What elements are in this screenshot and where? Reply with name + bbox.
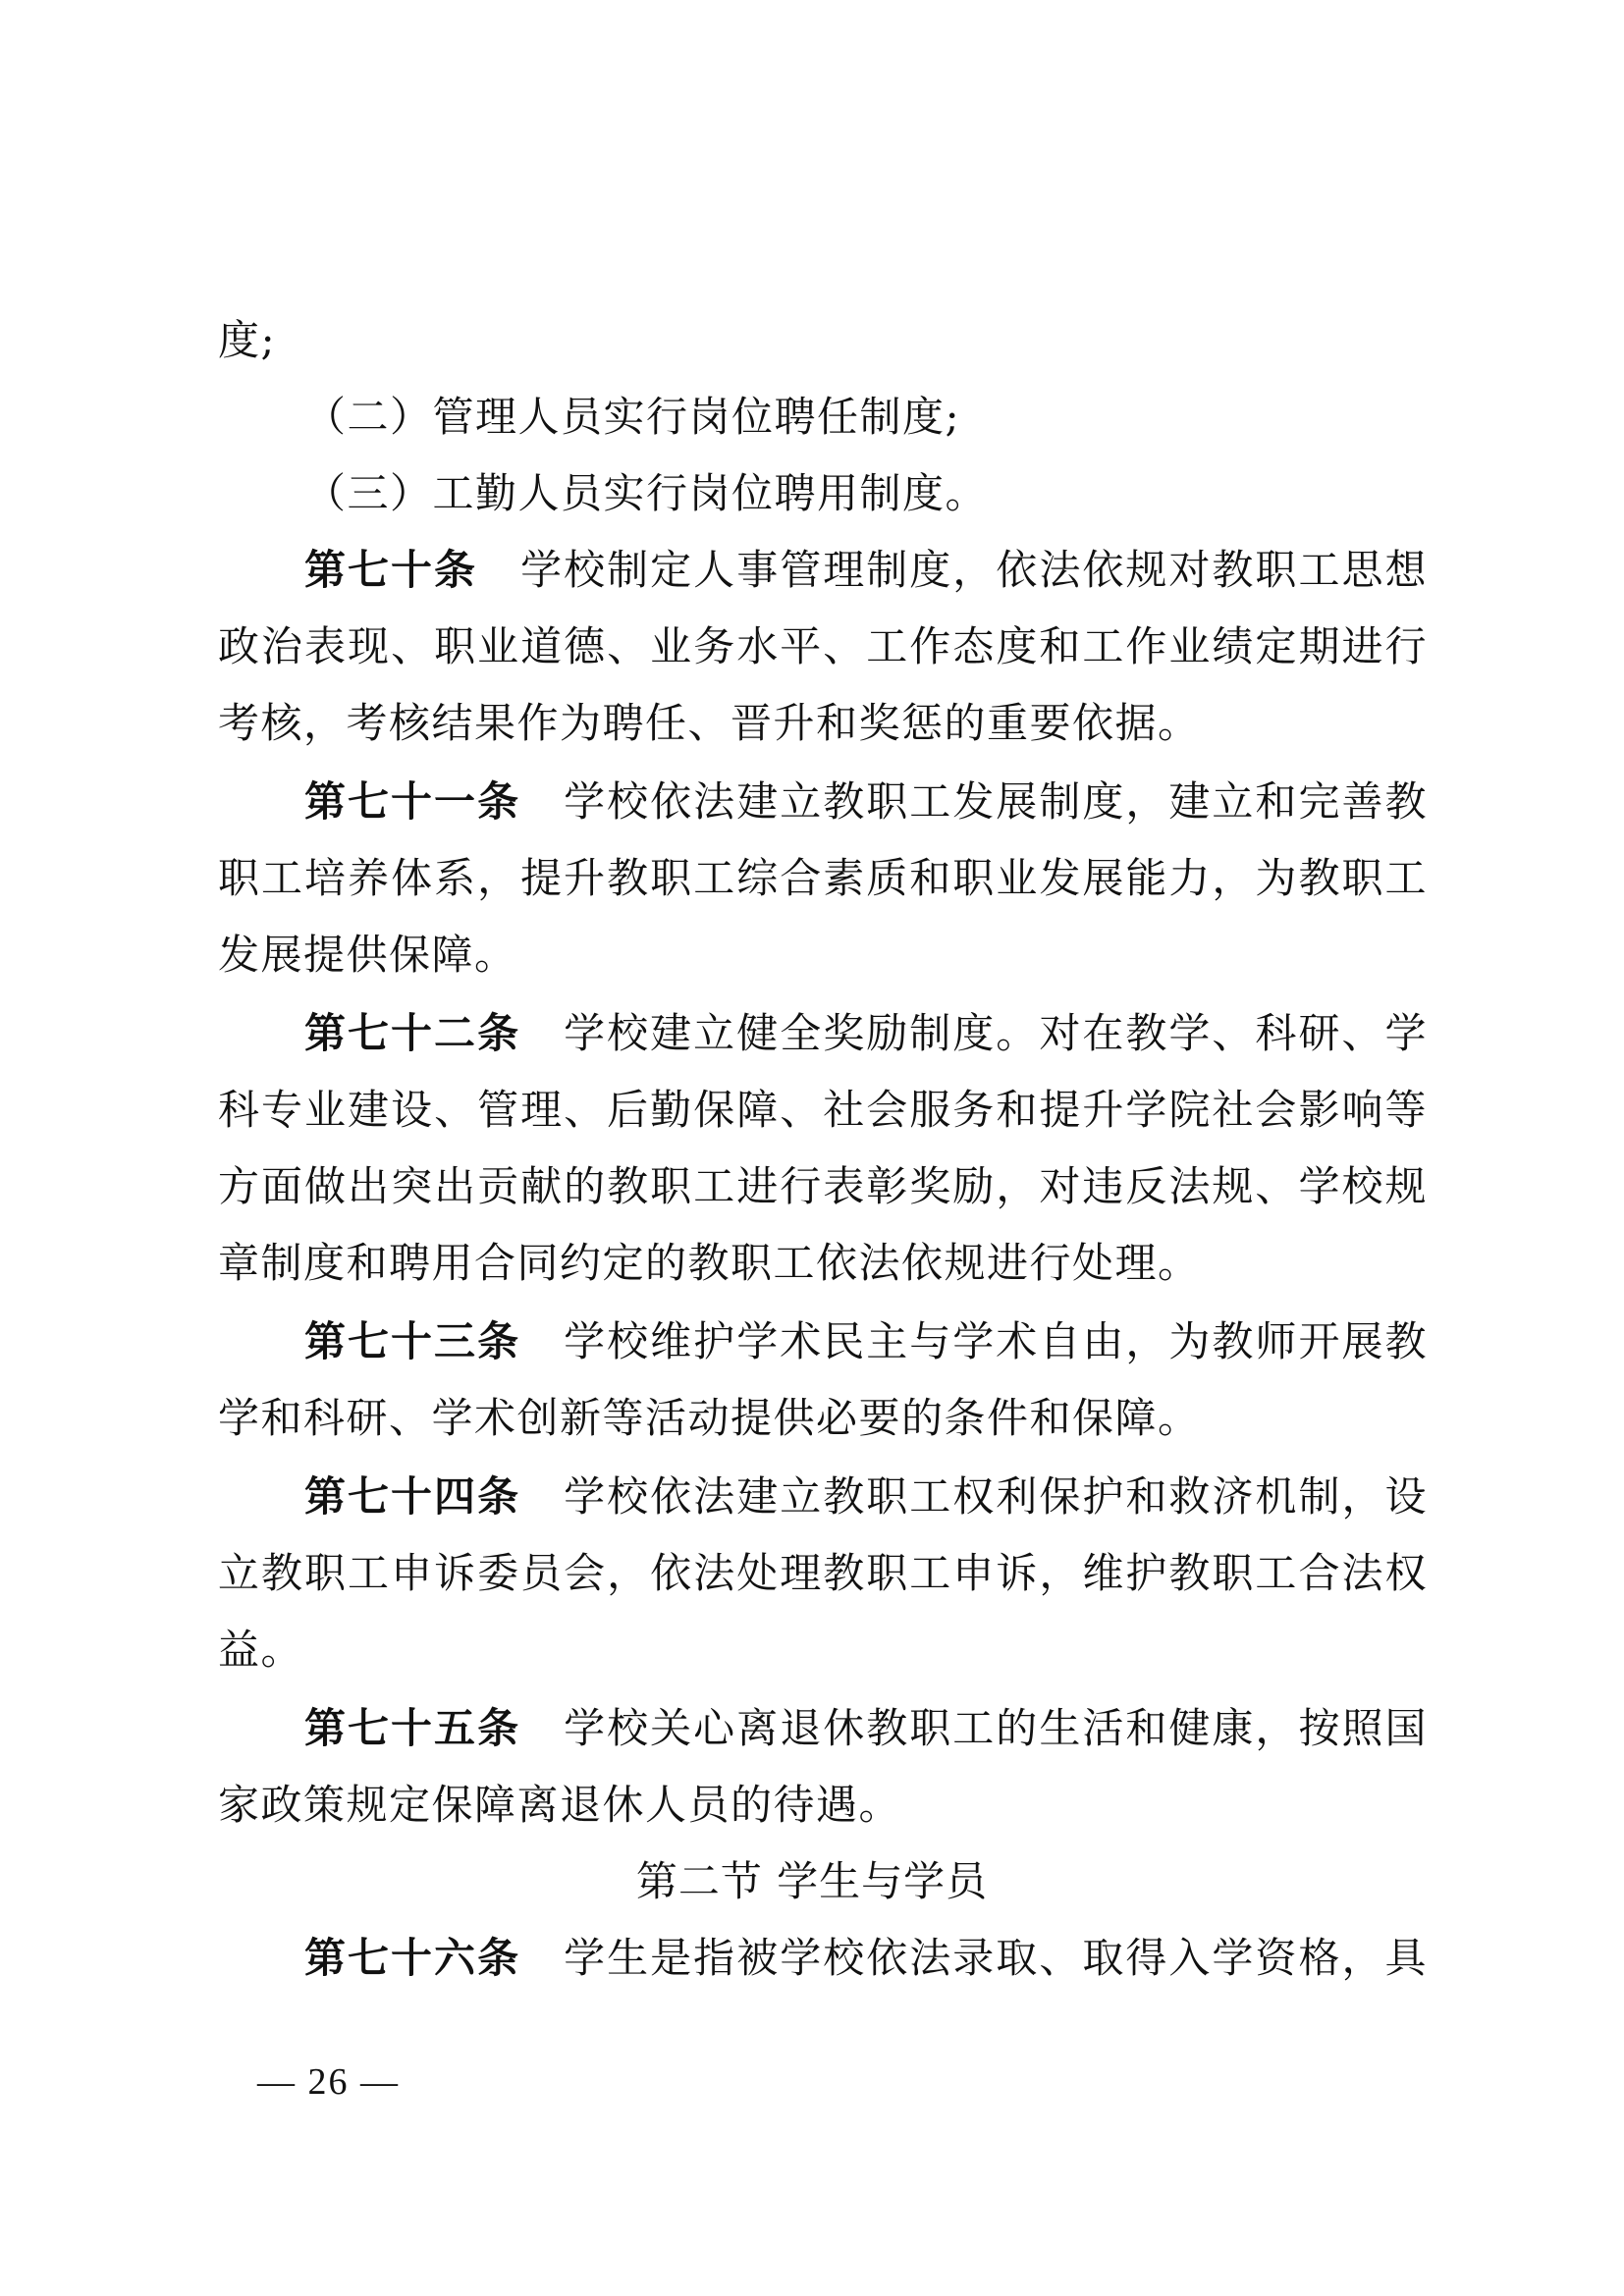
list-item-3: （三）工勤人员实行岗位聘用制度。: [304, 469, 1428, 518]
article-label: 第七十三条: [304, 1317, 520, 1365]
article-71-line-3: 发展提供保障。: [218, 931, 1428, 980]
text-line: 度;: [218, 316, 1428, 365]
article-70-line-1: 第七十条学校制定人事管理制度，依法依规对教职工思想: [304, 546, 1428, 595]
article-label: 第七十四条: [304, 1472, 520, 1521]
document-page: 度; （二）管理人员实行岗位聘任制度; （三）工勤人员实行岗位聘用制度。 第七十…: [0, 0, 1624, 2296]
article-label: 第七十六条: [304, 1934, 520, 1982]
article-73-line-2: 学和科研、学术创新等活动提供必要的条件和保障。: [218, 1394, 1428, 1443]
article-70-line-2: 政治表现、职业道德、业务水平、工作态度和工作业绩定期进行: [218, 622, 1428, 671]
article-71-line-1: 第七十一条学校依法建立教职工发展制度，建立和完善教: [304, 777, 1428, 827]
section-heading: 第二节 学生与学员: [0, 1857, 1624, 1906]
article-76-line-1: 第七十六条学生是指被学校依法录取、取得入学资格，具: [304, 1934, 1428, 1983]
article-74-line-3: 益。: [218, 1626, 1428, 1675]
page-number: — 26 —: [257, 2057, 400, 2107]
article-72-line-2: 科专业建设、管理、后勤保障、社会服务和提升学院社会影响等: [218, 1086, 1428, 1135]
article-73-line-1: 第七十三条学校维护学术民主与学术自由，为教师开展教: [304, 1317, 1428, 1366]
article-70-line-3: 考核，考核结果作为聘任、晋升和奖惩的重要依据。: [218, 699, 1428, 748]
article-72-line-1: 第七十二条学校建立健全奖励制度。对在教学、科研、学: [304, 1009, 1428, 1058]
article-74-line-1: 第七十四条学校依法建立教职工权利保护和救济机制，设: [304, 1472, 1428, 1522]
article-72-line-3: 方面做出突出贡献的教职工进行表彰奖励，对违反法规、学校规: [218, 1162, 1428, 1211]
article-72-line-4: 章制度和聘用合同约定的教职工依法依规进行处理。: [218, 1239, 1428, 1288]
article-71-line-2: 职工培养体系，提升教职工综合素质和职业发展能力，为教职工: [218, 854, 1428, 903]
article-74-line-2: 立教职工申诉委员会，依法处理教职工申诉，维护教职工合法权: [218, 1549, 1428, 1598]
article-75-line-2: 家政策规定保障离退休人员的待遇。: [218, 1781, 1428, 1830]
article-label: 第七十一条: [304, 777, 520, 826]
article-label: 第七十五条: [304, 1704, 520, 1752]
list-item-2: （二）管理人员实行岗位聘任制度;: [304, 393, 1428, 442]
article-75-line-1: 第七十五条学校关心离退休教职工的生活和健康，按照国: [304, 1704, 1428, 1753]
article-label: 第七十条: [304, 546, 477, 594]
article-label: 第七十二条: [304, 1009, 520, 1057]
